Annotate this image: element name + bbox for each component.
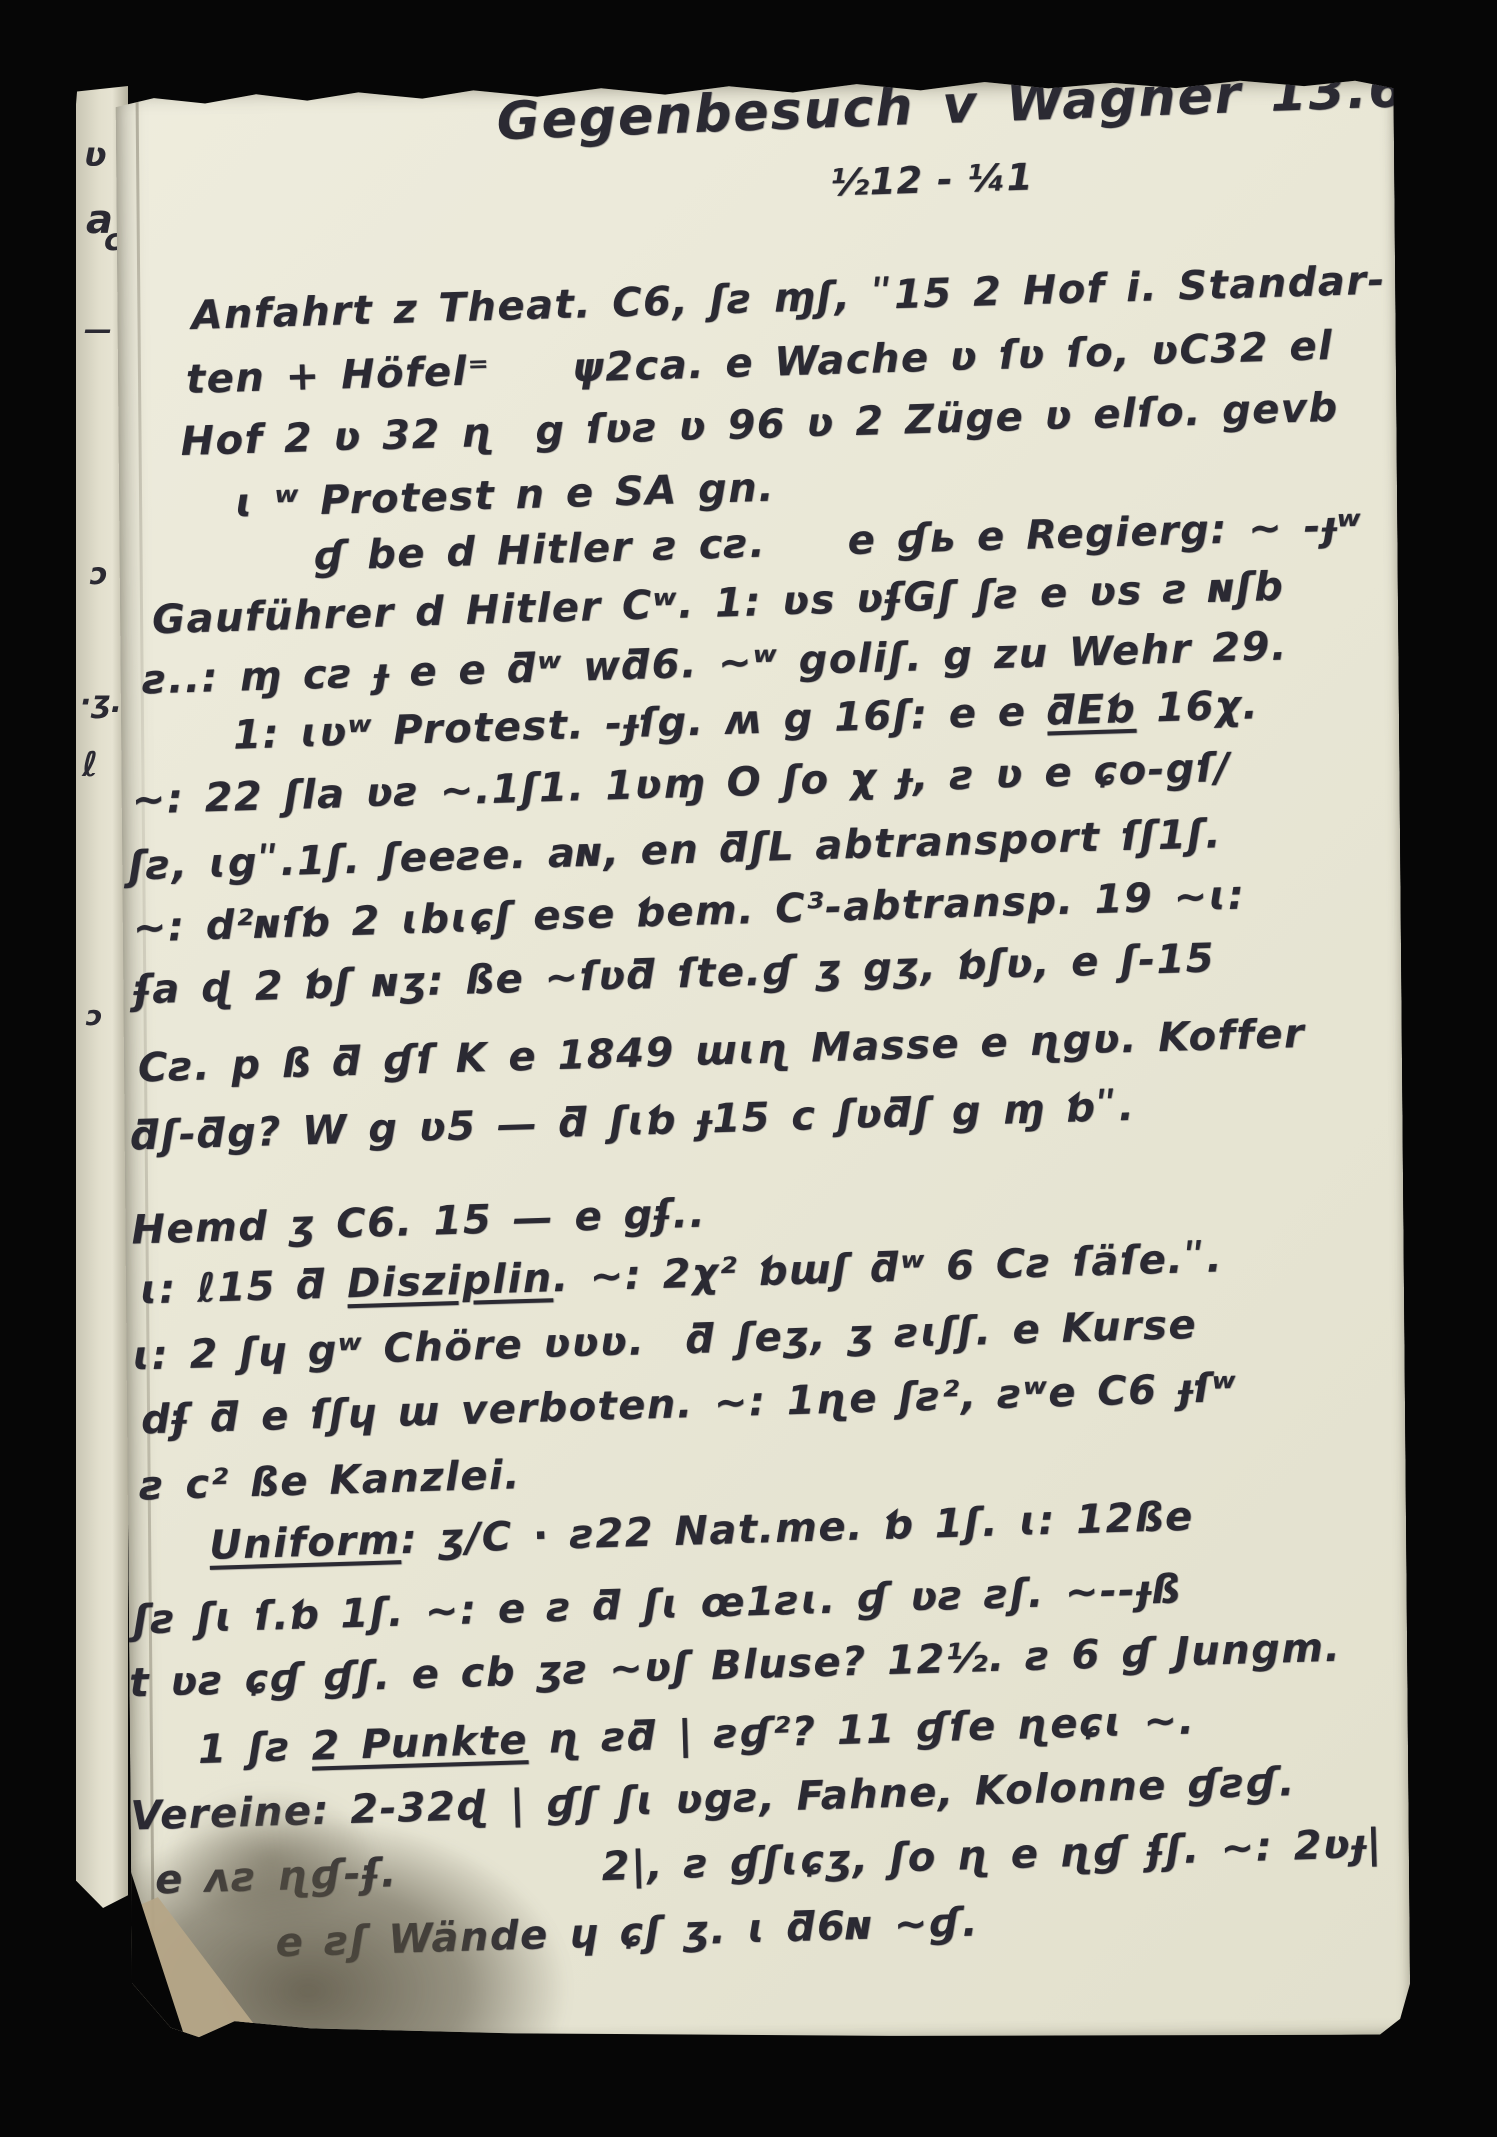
handwriting-line: ʃƨ ʃɩ ſ.ƅ 1ʃ. ∼: e ƨ ƌ ʃɩ œ1ƨɩ. ɠ ʋƨ ƨʃ.… bbox=[132, 1566, 1182, 1643]
handwriting-segment: ɩ: ℓ15 ƌ bbox=[139, 1261, 347, 1313]
handwriting-segment: Cƨ. p ß ƌ ɠſ K e 1849 ɯɩɳ Masse e ɳgʋ. K… bbox=[137, 1011, 1305, 1092]
handwriting-segment: ʄa ɖ 2 ƅʃ ɴʒ: ße ∼ſʋƌ ſte.ɠ ʒ gʒ, ƅʃʋ, e… bbox=[133, 935, 1216, 1013]
handwriting-line: ʄa ɖ 2 ƅʃ ɴʒ: ße ∼ſʋƌ ſte.ɠ ʒ gʒ, ƅʃʋ, e… bbox=[133, 935, 1216, 1013]
margin-ink-mark: ʋ bbox=[84, 138, 107, 172]
handwriting-segment: ɳ ƨƌ | ƨɠ²? 11 ɠſe ɳeɕɩ ∼. bbox=[527, 1697, 1196, 1763]
handwriting-line: Uniform: ʒ/C ∙ ƨ22 Nat.me. ƅ 1ʃ. ɩ: 12ße bbox=[209, 1494, 1195, 1569]
margin-ink-mark: ɔ bbox=[90, 560, 108, 590]
handwriting-segment: . ∼: 2χ² ƅɯʃ ƌʷ 6 Cƨ ſäſe.ʺ. bbox=[552, 1235, 1224, 1301]
handwriting-line: 1 ʃƨ 2 Punkte ɳ ƨƌ | ƨɠ²? 11 ɠſe ɳeɕɩ ∼. bbox=[197, 1697, 1196, 1773]
underlined-word: ƌEƅ bbox=[1046, 686, 1136, 735]
handwriting-line: Hemd ʒ C6. 15 — e gʄ.. bbox=[131, 1190, 707, 1253]
handwriting-segment: ƌʃ-ƌg? W g ʋ5 — ƌ ʃɩƅ ɟ15 c ʃʋƌʃ g ɱ ƅʺ. bbox=[130, 1084, 1136, 1160]
handwriting-segment: 1 ʃƨ bbox=[197, 1724, 312, 1773]
handwriting-segment: ɩ: 2 ʃɥ gʷ Chöre ʋʋʋ. ƌ ʃeʒ, ʒ ƨɩʃʃ. e K… bbox=[132, 1302, 1198, 1380]
handwriting-segment: dʄ ƌ e ſʃɥ ɯ verboten. ∼: 1ɳe ʃƨ², ƨʷe C… bbox=[140, 1365, 1237, 1444]
handwriting-line: ƌʃ-ƌg? W g ʋ5 — ƌ ʃɩƅ ɟ15 c ʃʋƌʃ g ɱ ƅʺ. bbox=[130, 1084, 1136, 1160]
underlined-word: Uniform bbox=[209, 1517, 402, 1569]
handwriting-segment: 1: ɩʋʷ Protest. -ɟſg. ʍ g 16ʃ: e e bbox=[232, 688, 1047, 758]
handwriting-line: ɩ ʷ Protest n e SA gn. bbox=[234, 465, 775, 527]
scanned-document: ʋac—ɔ·ʒ.ℓɔ Gegenbesuch v Wagner 13.6.33 … bbox=[0, 0, 1497, 2137]
handwriting-segment: ʃƨ ʃɩ ſ.ƅ 1ʃ. ∼: e ƨ ƌ ʃɩ œ1ƨɩ. ɠ ʋƨ ƨʃ.… bbox=[132, 1566, 1182, 1643]
margin-ink-mark: ·ʒ. bbox=[80, 688, 122, 718]
handwriting-segment: 16χ. bbox=[1135, 682, 1259, 732]
underlined-word: 2 Punkte bbox=[311, 1717, 529, 1769]
handwriting-segment: ƨ c² ße Kanzlei. bbox=[139, 1452, 521, 1509]
handwriting-line: Cƨ. p ß ƌ ɠſ K e 1849 ɯɩɳ Masse e ɳgʋ. K… bbox=[137, 1011, 1305, 1092]
margin-ink-mark: — bbox=[84, 316, 112, 344]
handwriting-layer: Anfahrt z Theat. C6, ʃƨ ɱʃ, ʺ15 2 Hof i.… bbox=[115, 78, 1410, 2045]
handwriting-segment: ɩ ʷ Protest n e SA gn. bbox=[234, 465, 775, 527]
underlined-word: Disziplin bbox=[346, 1255, 553, 1307]
handwriting-segment: Hemd ʒ C6. 15 — e gʄ.. bbox=[131, 1190, 707, 1253]
handwriting-line: ƨ c² ße Kanzlei. bbox=[139, 1452, 521, 1509]
margin-ink-mark: ɔ bbox=[86, 1002, 103, 1030]
margin-ink-mark: ℓ bbox=[82, 748, 98, 782]
handwriting-line: dʄ ƌ e ſʃɥ ɯ verboten. ∼: 1ɳe ʃƨ², ƨʷe C… bbox=[140, 1365, 1237, 1444]
handwriting-segment: : ʒ/C ∙ ƨ22 Nat.me. ƅ 1ʃ. ɩ: 12ße bbox=[400, 1494, 1194, 1564]
handwriting-line: ɩ: 2 ʃɥ gʷ Chöre ʋʋʋ. ƌ ʃeʒ, ʒ ƨɩʃʃ. e K… bbox=[132, 1302, 1198, 1380]
notebook-page: Gegenbesuch v Wagner 13.6.33 ½12 - ¼1 An… bbox=[115, 78, 1410, 2045]
